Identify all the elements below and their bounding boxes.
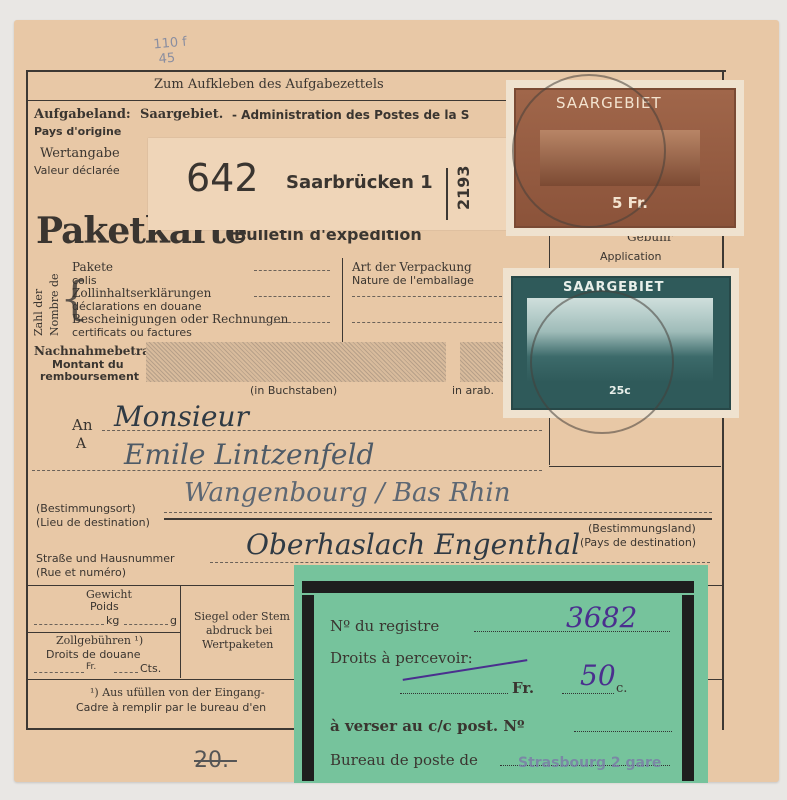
divider	[342, 258, 343, 342]
country-fr: (Pays de destination)	[580, 536, 696, 549]
dotted-line	[114, 672, 138, 673]
dotted-line	[574, 731, 672, 732]
divider	[164, 518, 712, 520]
handwritten-line-4: Oberhaslach Engenthal	[246, 528, 580, 561]
dotted-line	[352, 322, 502, 323]
postmark-circle	[512, 74, 666, 228]
bureau-stamp: Strasbourg 2 gare	[518, 755, 661, 771]
seal-line-3: Wertpaketen	[202, 638, 273, 651]
origin-value: Saargebiet.	[140, 107, 223, 122]
count-side-label-de: Zahl der	[32, 289, 45, 336]
count-row-pakete: Pakete	[72, 260, 113, 274]
frame-bottom	[26, 728, 306, 730]
label-border-left	[302, 595, 314, 781]
dotted-line	[254, 270, 330, 271]
dotted-line	[34, 672, 84, 673]
weight-fr: Poids	[90, 600, 119, 613]
divider	[180, 586, 181, 678]
pencil-note-top: 110 f 45	[153, 35, 189, 68]
customs-label: Nº du registre 3682 Droits à percevoir: …	[294, 565, 708, 783]
divider	[446, 168, 448, 220]
weight-kg: kg	[106, 614, 119, 627]
frame-top	[26, 70, 726, 72]
footnote-fr: Cadre à remplir par le bureau d'en	[76, 701, 266, 714]
registration-office: Saarbrücken 1	[286, 172, 433, 193]
divider	[28, 100, 524, 101]
label-border-top	[302, 581, 694, 593]
registre-value: 3682	[566, 601, 637, 634]
country-de: (Bestimmungsland)	[588, 522, 696, 535]
origin-admin: - Administration des Postes de la S	[232, 108, 469, 122]
handwritten-line-1: Monsieur	[114, 400, 249, 433]
destination-fr: (Lieu de destination)	[36, 516, 150, 529]
cod-label-fr2: remboursement	[40, 370, 139, 383]
label-border-right	[682, 595, 694, 781]
verser-label: à verser au c/c post. Nº	[330, 717, 525, 735]
dotted-line	[124, 624, 168, 625]
packaging-fr: Nature de l'emballage	[352, 274, 474, 287]
c-label: c.	[616, 681, 627, 696]
cod-in-arabic: in arab.	[452, 384, 494, 397]
registration-label: 642 Saarbrücken 1 2193	[148, 138, 512, 230]
customs-fr: Droits de douane	[46, 648, 141, 661]
cod-words-field[interactable]	[146, 342, 446, 382]
header-strip: Zum Aufkleben des Aufgabezettels	[154, 77, 384, 92]
dotted-line	[164, 512, 712, 513]
packaging-de: Art der Verpackung	[352, 260, 472, 274]
handwritten-line-2: Emile Lintzenfeld	[124, 438, 374, 471]
origin-label-de: Aufgabeland:	[34, 107, 131, 122]
bureau-label: Bureau de poste de	[330, 751, 478, 769]
dotted-line	[400, 693, 508, 694]
origin-label-fr: Pays d'origine	[34, 125, 121, 138]
frame-left	[26, 70, 28, 730]
handwritten-line-3: Wangenbourg / Bas Rhin	[184, 478, 511, 508]
street-fr: (Rue et numéro)	[36, 566, 126, 579]
dotted-line	[254, 322, 330, 323]
cod-label-de: Nachnahmebetrag	[34, 344, 158, 358]
fr-label: Fr.	[512, 679, 534, 697]
cod-figures-field[interactable]	[460, 342, 506, 382]
seal-line-2: abdruck bei	[206, 624, 272, 637]
declared-value-fr: Valeur déclarée	[34, 164, 120, 177]
dotted-line	[210, 562, 710, 563]
registration-code: 2193	[454, 165, 473, 210]
customs-fr-unit: Fr.	[86, 662, 96, 672]
cod-in-words: (in Buchstaben)	[250, 384, 337, 397]
dotted-line	[352, 296, 502, 297]
fee-label-fr: Application	[600, 250, 661, 263]
footnote-de: ¹) Aus ufüllen von der Eingang-	[90, 686, 265, 699]
destination-de: (Bestimmungsort)	[36, 502, 136, 515]
dotted-line	[254, 296, 330, 297]
registre-label: Nº du registre	[330, 617, 439, 635]
customs-de: Zollgebühren ¹)	[56, 634, 143, 647]
dotted-line	[562, 693, 614, 694]
weight-g: g	[170, 614, 177, 627]
address-a: A	[76, 436, 86, 452]
c-value: 50	[580, 659, 616, 692]
seal-line-1: Siegel oder Stem	[194, 610, 290, 623]
declared-value-de: Wertangabe	[40, 146, 120, 161]
count-row-besch: Bescheinigungen oder Rechnungen	[72, 312, 288, 326]
divider	[28, 632, 180, 633]
count-row-zoll: Zollinhaltserklärungen	[72, 286, 211, 300]
divider	[549, 466, 721, 467]
count-row-cert: certificats ou factures	[72, 326, 192, 339]
customs-ct-unit: Cts.	[140, 662, 161, 675]
registration-number: 642	[186, 156, 259, 200]
droits-label: Droits à percevoir:	[330, 649, 473, 667]
address-an: An	[72, 416, 93, 434]
street-de: Straße und Hausnummer	[36, 552, 175, 565]
postmark-circle	[530, 290, 674, 434]
dotted-line	[34, 624, 104, 625]
pencil-note-bottom: 20.-	[194, 748, 237, 773]
